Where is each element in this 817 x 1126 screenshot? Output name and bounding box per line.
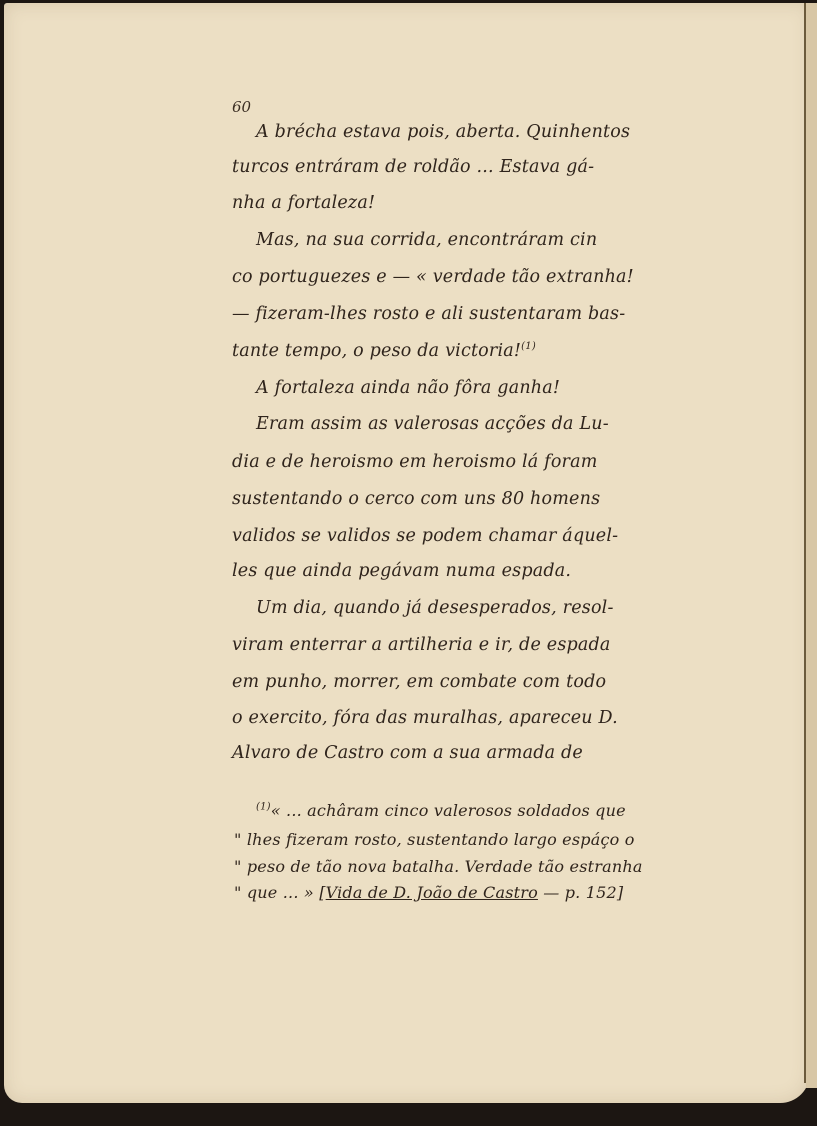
text-line: Alvaro de Castro com a sua armada de bbox=[232, 743, 583, 763]
text-line: Mas, na sua corrida, encontráram cin bbox=[256, 230, 597, 250]
footnote-line: (1)« ... achâram cinco valerosos soldado… bbox=[256, 801, 626, 820]
text-line: sustentando o cerco com uns 80 homens bbox=[232, 489, 600, 509]
footnote-line: " peso de tão nova batalha. Verdade tão … bbox=[234, 857, 643, 876]
footnote-line: " lhes fizeram rosto, sustentando largo … bbox=[234, 830, 635, 849]
text-line-content: tante tempo, o peso da victoria! bbox=[232, 341, 521, 361]
text-line: A fortaleza ainda não fôra ganha! bbox=[256, 378, 560, 398]
text-line: les que ainda pegávam numa espada. bbox=[232, 561, 571, 581]
page-number: 60 bbox=[232, 98, 251, 116]
footnote-text: que ... » bbox=[247, 883, 319, 902]
footnote-marker: (1) bbox=[256, 802, 271, 813]
citation-title: Vida de D. João de Castro bbox=[326, 883, 538, 902]
text-line: turcos entráram de roldão ... Estava gá- bbox=[232, 157, 594, 177]
quote-mark: " bbox=[234, 830, 242, 849]
text-line: o exercito, fóra das muralhas, apareceu … bbox=[232, 708, 618, 728]
next-page-edge bbox=[806, 3, 817, 1088]
text-line: dia e de heroismo em heroismo lá foram bbox=[232, 452, 598, 472]
text-line: Um dia, quando já desesperados, resol- bbox=[256, 598, 614, 618]
text-line: co portuguezes e — « verdade tão extranh… bbox=[232, 267, 634, 287]
quote-mark: " bbox=[234, 857, 242, 876]
text-line: Eram assim as valerosas acções da Lu- bbox=[256, 414, 609, 434]
text-line: — fizeram-lhes rosto e ali sustentaram b… bbox=[232, 304, 625, 324]
text-line: viram enterrar a artilheria e ir, de esp… bbox=[232, 635, 611, 655]
text-line: validos se validos se podem chamar áquel… bbox=[232, 526, 618, 546]
footnote-text: lhes fizeram rosto, sustentando largo es… bbox=[247, 830, 635, 849]
text-line: nha a fortaleza! bbox=[232, 193, 375, 213]
footnote-line: " que ... » [Vida de D. João de Castro —… bbox=[234, 883, 623, 902]
footnote-text: peso de tão nova batalha. Verdade tão es… bbox=[247, 857, 643, 876]
text-line: A brécha estava pois, aberta. Quinhentos bbox=[256, 122, 630, 142]
quote-mark: " bbox=[234, 883, 242, 902]
footnote-text: « ... achâram cinco valerosos soldados q… bbox=[271, 801, 626, 820]
text-line: em punho, morrer, em combate com todo bbox=[232, 672, 606, 692]
citation-page: — p. 152] bbox=[538, 883, 623, 902]
footnote-reference: (1) bbox=[521, 341, 536, 352]
text-line: tante tempo, o peso da victoria!(1) bbox=[232, 341, 536, 361]
